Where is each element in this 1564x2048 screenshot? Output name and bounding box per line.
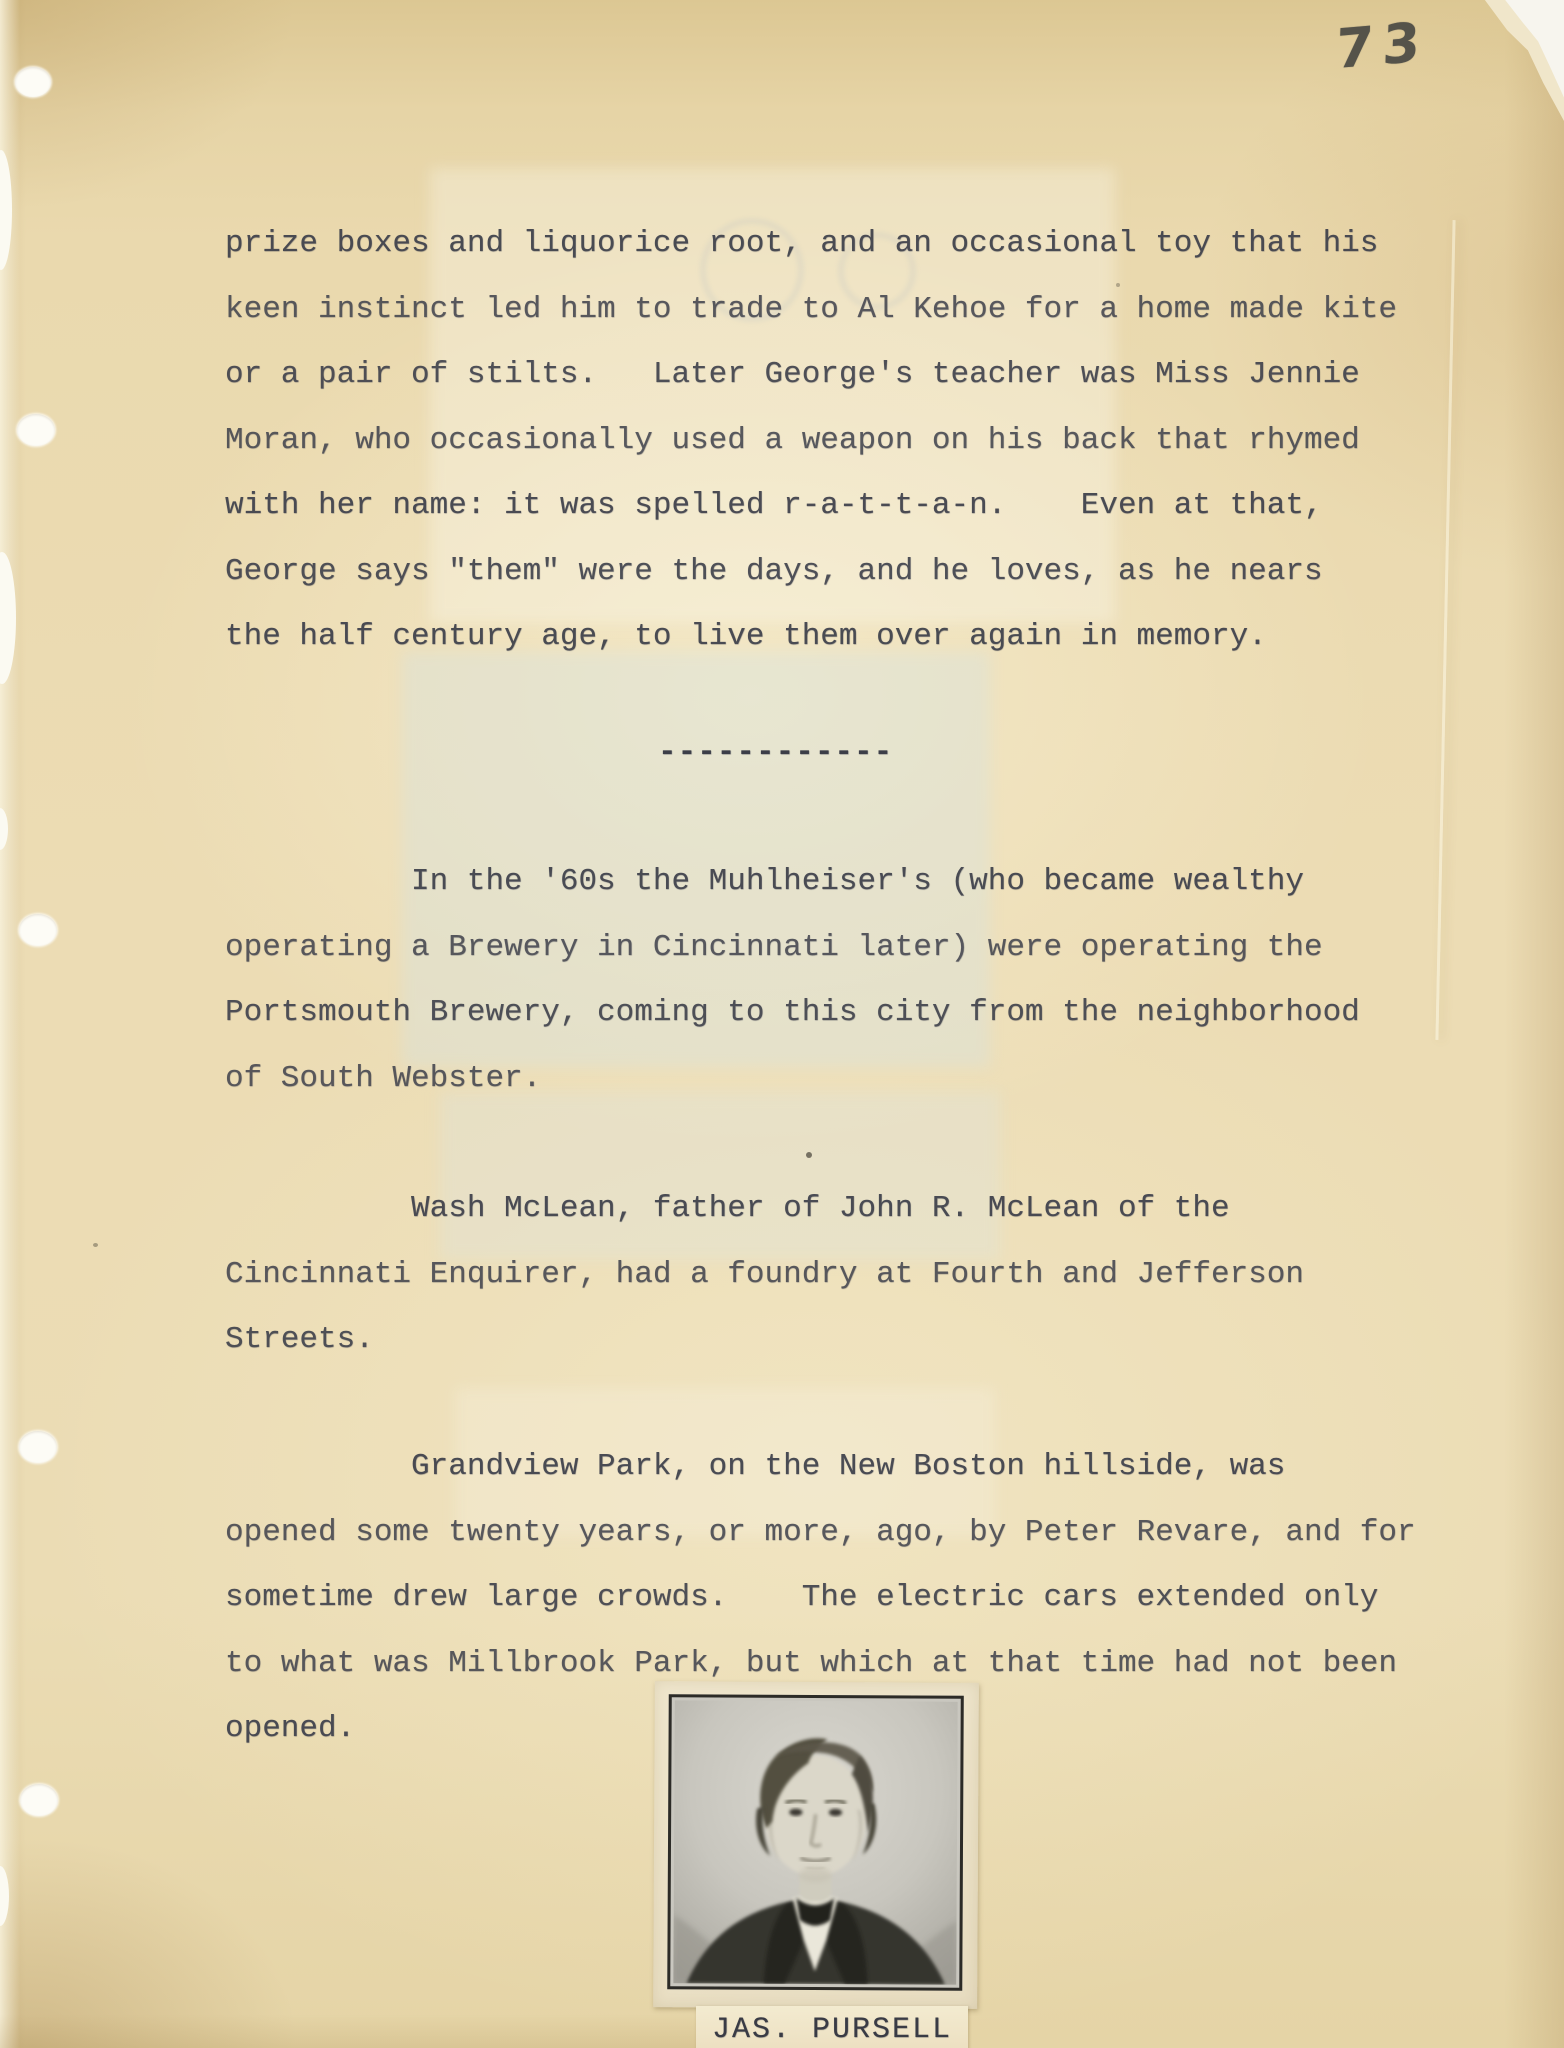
photo-caption-strip: JAS. PURSELL — [696, 2006, 968, 2048]
text-line: Streets. — [225, 1307, 1304, 1373]
punch-hole — [19, 914, 57, 946]
punch-hole — [17, 414, 55, 446]
text-line: opened some twenty years, or more, ago, … — [225, 1500, 1416, 1566]
text-line: keen instinct led him to trade to Al Keh… — [225, 277, 1397, 343]
text-line: of South Webster. — [225, 1046, 1360, 1112]
text-line: with her name: it was spelled r-a-t-t-a-… — [225, 473, 1397, 539]
punch-hole — [15, 67, 51, 97]
text-line: Portsmouth Brewery, coming to this city … — [225, 980, 1360, 1046]
photo-mount — [653, 1681, 979, 2009]
punch-hole — [20, 1784, 58, 1816]
text-line: Cincinnati Enquirer, had a foundry at Fo… — [225, 1242, 1304, 1308]
paragraph-george-school-days: prize boxes and liquorice root, and an o… — [225, 211, 1397, 670]
scanned-document-page: 73 prize boxes and liquorice root, and a… — [0, 0, 1564, 2048]
handwritten-page-number: 73 — [1335, 10, 1430, 82]
text-line: or a pair of stilts. Later George's teac… — [225, 342, 1397, 408]
punch-hole — [19, 1431, 57, 1463]
dashed-separator: ------------ — [658, 735, 893, 770]
photo-caption: JAS. PURSELL — [696, 2006, 968, 2048]
ink-speck — [806, 1152, 812, 1158]
torn-left-edge — [0, 0, 20, 2048]
text-line: operating a Brewery in Cincinnati later)… — [225, 915, 1360, 981]
portrait-photo — [667, 1694, 964, 1991]
text-line: Moran, who occasionally used a weapon on… — [225, 408, 1397, 474]
text-line: prize boxes and liquorice root, and an o… — [225, 211, 1397, 277]
paragraph-muhlheiser-brewery: In the '60s the Muhlheiser's (who became… — [225, 849, 1360, 1111]
ink-speck — [93, 1243, 98, 1247]
text-line: Grandview Park, on the New Boston hillsi… — [225, 1434, 1416, 1500]
text-line: Wash McLean, father of John R. McLean of… — [225, 1176, 1304, 1242]
text-line: In the '60s the Muhlheiser's (who became… — [225, 849, 1360, 915]
portrait-of-man-illustration — [673, 1700, 957, 1984]
text-line: sometime drew large crowds. The electric… — [225, 1565, 1416, 1631]
paragraph-wash-mclean-foundry: Wash McLean, father of John R. McLean of… — [225, 1176, 1304, 1373]
text-line: George says "them" were the days, and he… — [225, 539, 1397, 605]
text-line: the half century age, to live them over … — [225, 604, 1397, 670]
